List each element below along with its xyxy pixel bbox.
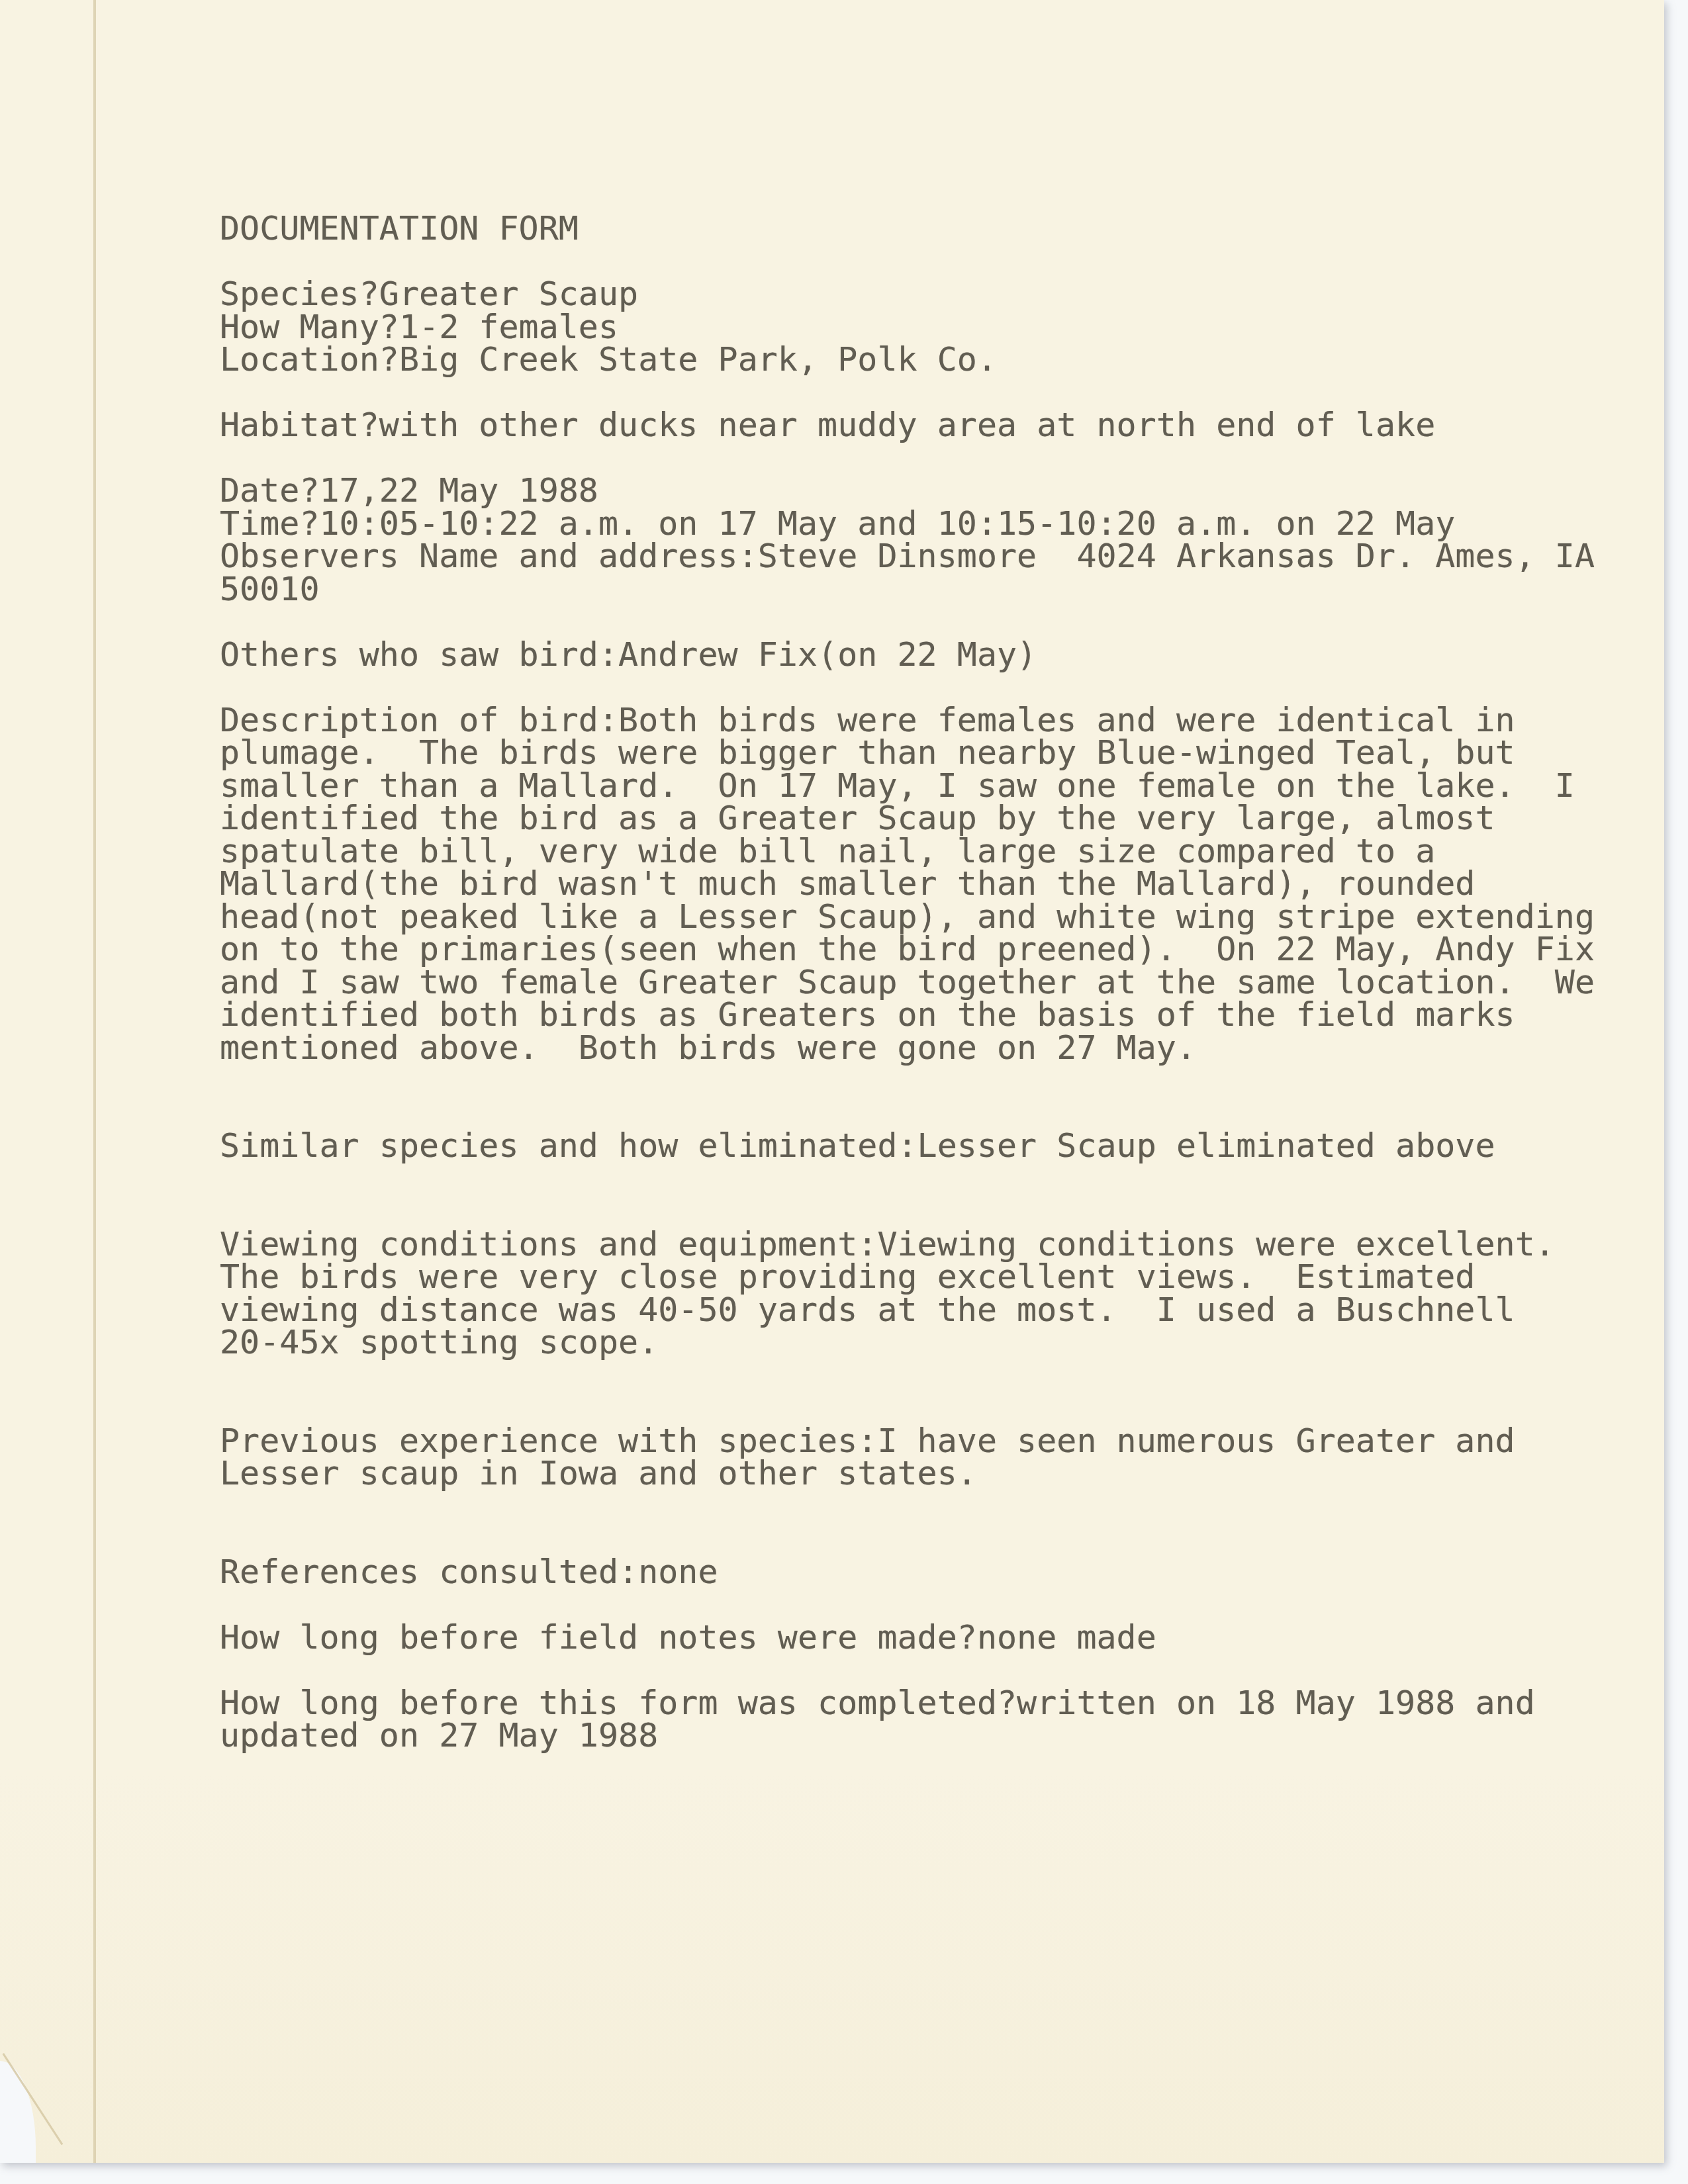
block-habitat: Habitat?with other ducks near muddy area…	[220, 409, 1595, 442]
text-line: Others who saw bird:Andrew Fix(on 22 May…	[220, 639, 1595, 672]
text-line: Observers Name and address:Steve Dinsmor…	[220, 540, 1595, 573]
block-references-consulted: References consulted:none	[220, 1556, 1595, 1589]
text-line: Time?10:05-10:22 a.m. on 17 May and 10:1…	[220, 508, 1595, 541]
text-line: spatulate bill, very wide bill nail, lar…	[220, 835, 1595, 868]
document-text: DOCUMENTATION FORMSpecies?Greater ScaupH…	[220, 212, 1595, 1752]
text-line: viewing distance was 40-50 yards at the …	[220, 1294, 1595, 1327]
text-line: Mallard(the bird wasn't much smaller tha…	[220, 868, 1595, 901]
fold-line	[93, 0, 96, 2163]
text-line: head(not peaked like a Lesser Scaup), an…	[220, 901, 1595, 934]
block-form-completed-delay: How long before this form was completed?…	[220, 1687, 1595, 1752]
text-line: How long before field notes were made?no…	[220, 1621, 1595, 1655]
paper: DOCUMENTATION FORMSpecies?Greater ScaupH…	[0, 0, 1664, 2163]
block-similar-species: Similar species and how eliminated:Lesse…	[220, 1130, 1595, 1163]
block-previous-experience: Previous experience with species:I have …	[220, 1425, 1595, 1490]
text-line: The birds were very close providing exce…	[220, 1261, 1595, 1294]
block-others-who-saw-bird: Others who saw bird:Andrew Fix(on 22 May…	[220, 639, 1595, 672]
text-line: 50010	[220, 573, 1595, 606]
block-field-notes-delay: How long before field notes were made?no…	[220, 1621, 1595, 1655]
text-line: identified both birds as Greaters on the…	[220, 999, 1595, 1032]
text-line: smaller than a Mallard. On 17 May, I saw…	[220, 770, 1595, 803]
text-line: Location?Big Creek State Park, Polk Co.	[220, 343, 1595, 377]
text-line: Lesser scaup in Iowa and other states.	[220, 1457, 1595, 1490]
text-line: plumage. The birds were bigger than near…	[220, 737, 1595, 770]
block-date-time-observer: Date?17,22 May 1988Time?10:05-10:22 a.m.…	[220, 475, 1595, 606]
text-line: References consulted:none	[220, 1556, 1595, 1589]
text-line: DOCUMENTATION FORM	[220, 212, 1595, 246]
text-line: and I saw two female Greater Scaup toget…	[220, 966, 1595, 999]
text-line: on to the primaries(seen when the bird p…	[220, 933, 1595, 966]
text-line: Similar species and how eliminated:Lesse…	[220, 1130, 1595, 1163]
text-line: Description of bird:Both birds were fema…	[220, 704, 1595, 737]
text-line: mentioned above. Both birds were gone on…	[220, 1032, 1595, 1065]
text-line: Species?Greater Scaup	[220, 278, 1595, 311]
block-species-count-location: Species?Greater ScaupHow Many?1-2 female…	[220, 278, 1595, 377]
text-line: Habitat?with other ducks near muddy area…	[220, 409, 1595, 442]
block-title: DOCUMENTATION FORM	[220, 212, 1595, 246]
block-description-of-bird: Description of bird:Both birds were fema…	[220, 704, 1595, 1065]
text-line: 20-45x spotting scope.	[220, 1326, 1595, 1359]
text-line: Date?17,22 May 1988	[220, 475, 1595, 508]
block-viewing-conditions: Viewing conditions and equipment:Viewing…	[220, 1228, 1595, 1359]
text-line: updated on 27 May 1988	[220, 1719, 1595, 1752]
text-line: Viewing conditions and equipment:Viewing…	[220, 1228, 1595, 1261]
text-line: identified the bird as a Greater Scaup b…	[220, 802, 1595, 835]
text-line: How long before this form was completed?…	[220, 1687, 1595, 1720]
text-line: Previous experience with species:I have …	[220, 1425, 1595, 1458]
text-line: How Many?1-2 females	[220, 311, 1595, 344]
